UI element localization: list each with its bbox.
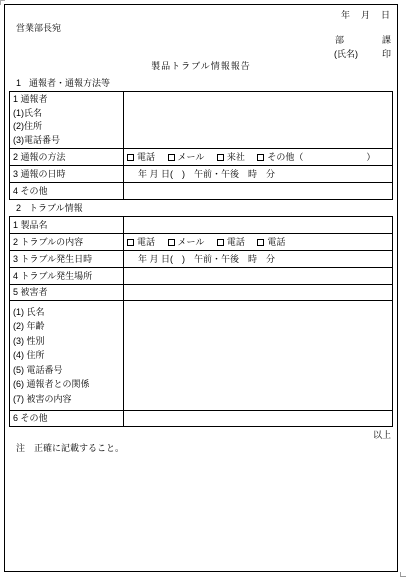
other2-value[interactable] xyxy=(124,411,393,427)
table-row: 1 製品名 xyxy=(10,217,393,234)
method-label: 2 通報の方法 xyxy=(10,149,124,166)
checkbox-icon[interactable] xyxy=(168,154,175,161)
reporter-label-cell: 1 通報者 (1)氏名 (2)住所 (3)電話番号 xyxy=(10,92,124,149)
table-row: 3 通報の日時 年 月 日( ) 午前・午後 時 分 xyxy=(10,166,393,183)
victim-relation-line: (6) 通報者との関係 xyxy=(13,377,120,392)
department-line: 部課 xyxy=(9,34,393,46)
table-row: 1 通報者 (1)氏名 (2)住所 (3)電話番号 xyxy=(10,92,393,149)
checkbox-option-3[interactable]: 電話 xyxy=(217,237,245,247)
checkbox-icon[interactable] xyxy=(217,239,224,246)
section1-number: 1 xyxy=(16,78,21,88)
trouble-content-options-cell: 電話 メール 電話 電話 xyxy=(124,234,393,251)
seal-label: 印 xyxy=(382,49,391,59)
page-corner-mark-bottom-right xyxy=(400,572,406,577)
section2-heading: 2トラブル情報 xyxy=(9,202,393,214)
product-name-value[interactable] xyxy=(124,217,393,234)
department-label: 部 xyxy=(335,35,344,45)
trouble-place-label: 4 トラブル発生場所 xyxy=(10,268,124,285)
section2-heading-text: トラブル情報 xyxy=(29,203,83,213)
note-text: 注 正確に記載すること。 xyxy=(9,442,393,454)
trouble-table: 1 製品名 2 トラブルの内容 電話 メール 電話 電話 3 トラブル発生日時 … xyxy=(9,216,393,427)
victim-detail-value-cell[interactable] xyxy=(124,301,393,411)
trouble-datetime-value[interactable]: 年 月 日( ) 午前・午後 時 分 xyxy=(124,251,393,268)
table-row: (1) 氏名 (2) 年齢 (3) 性別 (4) 住所 (5) 電話番号 (6)… xyxy=(10,301,393,411)
addressee: 営業部長宛 xyxy=(9,22,393,34)
checkbox-option-4[interactable]: 電話 xyxy=(257,237,285,247)
section1-heading-text: 通報者・通報方法等 xyxy=(29,78,110,88)
reporter-line: 1 通報者 xyxy=(13,93,120,107)
section2-number: 2 xyxy=(16,203,21,213)
reporter-value-cell[interactable] xyxy=(124,92,393,149)
other1-value[interactable] xyxy=(124,183,393,200)
victim-label: 5 被害者 xyxy=(10,285,124,301)
name-seal-line: (氏名)印 xyxy=(9,48,393,60)
checkbox-icon[interactable] xyxy=(168,239,175,246)
victim-age-line: (2) 年齢 xyxy=(13,319,120,334)
table-row: 2 トラブルの内容 電話 メール 電話 電話 xyxy=(10,234,393,251)
checkbox-option-mail[interactable]: メール xyxy=(168,152,205,162)
product-name-label: 1 製品名 xyxy=(10,217,124,234)
checkbox-option-other[interactable]: その他（ ） xyxy=(257,152,375,162)
checkbox-icon[interactable] xyxy=(127,239,134,246)
table-row: 3 トラブル発生日時 年 月 日( ) 午前・午後 時 分 xyxy=(10,251,393,268)
victim-value[interactable] xyxy=(124,285,393,301)
name-label: (氏名) xyxy=(334,49,358,59)
document-title: 製品トラブル情報報告 xyxy=(9,60,393,72)
checkbox-icon[interactable] xyxy=(127,154,134,161)
checkbox-icon[interactable] xyxy=(217,154,224,161)
method-options-cell: 電話 メール 来社 その他（ ） xyxy=(124,149,393,166)
reporter-name-line: (1)氏名 xyxy=(13,107,120,121)
table-row: 5 被害者 xyxy=(10,285,393,301)
reporter-phone-line: (3)電話番号 xyxy=(13,134,120,148)
closing-text: 以上 xyxy=(9,429,393,441)
victim-name-line: (1) 氏名 xyxy=(13,305,120,320)
checkbox-icon[interactable] xyxy=(257,239,264,246)
table-row: 2 通報の方法 電話 メール 来社 その他（ ） xyxy=(10,149,393,166)
victim-damage-line: (7) 被害の内容 xyxy=(13,392,120,407)
report-datetime-value[interactable]: 年 月 日( ) 午前・午後 時 分 xyxy=(124,166,393,183)
date-line: 年 月 日 xyxy=(9,9,393,21)
table-row: 4 その他 xyxy=(10,183,393,200)
checkbox-option-visit[interactable]: 来社 xyxy=(217,152,245,162)
other2-label: 6 その他 xyxy=(10,411,124,427)
checkbox-icon[interactable] xyxy=(257,154,264,161)
victim-gender-line: (3) 性別 xyxy=(13,334,120,349)
table-row: 6 その他 xyxy=(10,411,393,427)
victim-detail-label-cell: (1) 氏名 (2) 年齢 (3) 性別 (4) 住所 (5) 電話番号 (6)… xyxy=(10,301,124,411)
reporter-address-line: (2)住所 xyxy=(13,120,120,134)
trouble-place-value[interactable] xyxy=(124,268,393,285)
document-page: 年 月 日 営業部長宛 部課 (氏名)印 製品トラブル情報報告 1通報者・通報方… xyxy=(4,4,398,572)
other1-label: 4 その他 xyxy=(10,183,124,200)
report-datetime-label: 3 通報の日時 xyxy=(10,166,124,183)
reporter-table: 1 通報者 (1)氏名 (2)住所 (3)電話番号 2 通報の方法 電話 メール… xyxy=(9,91,393,200)
victim-address-line: (4) 住所 xyxy=(13,348,120,363)
checkbox-option-phone[interactable]: 電話 xyxy=(127,152,155,162)
table-row: 4 トラブル発生場所 xyxy=(10,268,393,285)
trouble-content-label: 2 トラブルの内容 xyxy=(10,234,124,251)
checkbox-option-2[interactable]: メール xyxy=(168,237,205,247)
checkbox-option-1[interactable]: 電話 xyxy=(127,237,155,247)
victim-phone-line: (5) 電話番号 xyxy=(13,363,120,378)
section1-heading: 1通報者・通報方法等 xyxy=(9,77,393,89)
trouble-datetime-label: 3 トラブル発生日時 xyxy=(10,251,124,268)
division-label: 課 xyxy=(382,35,391,45)
